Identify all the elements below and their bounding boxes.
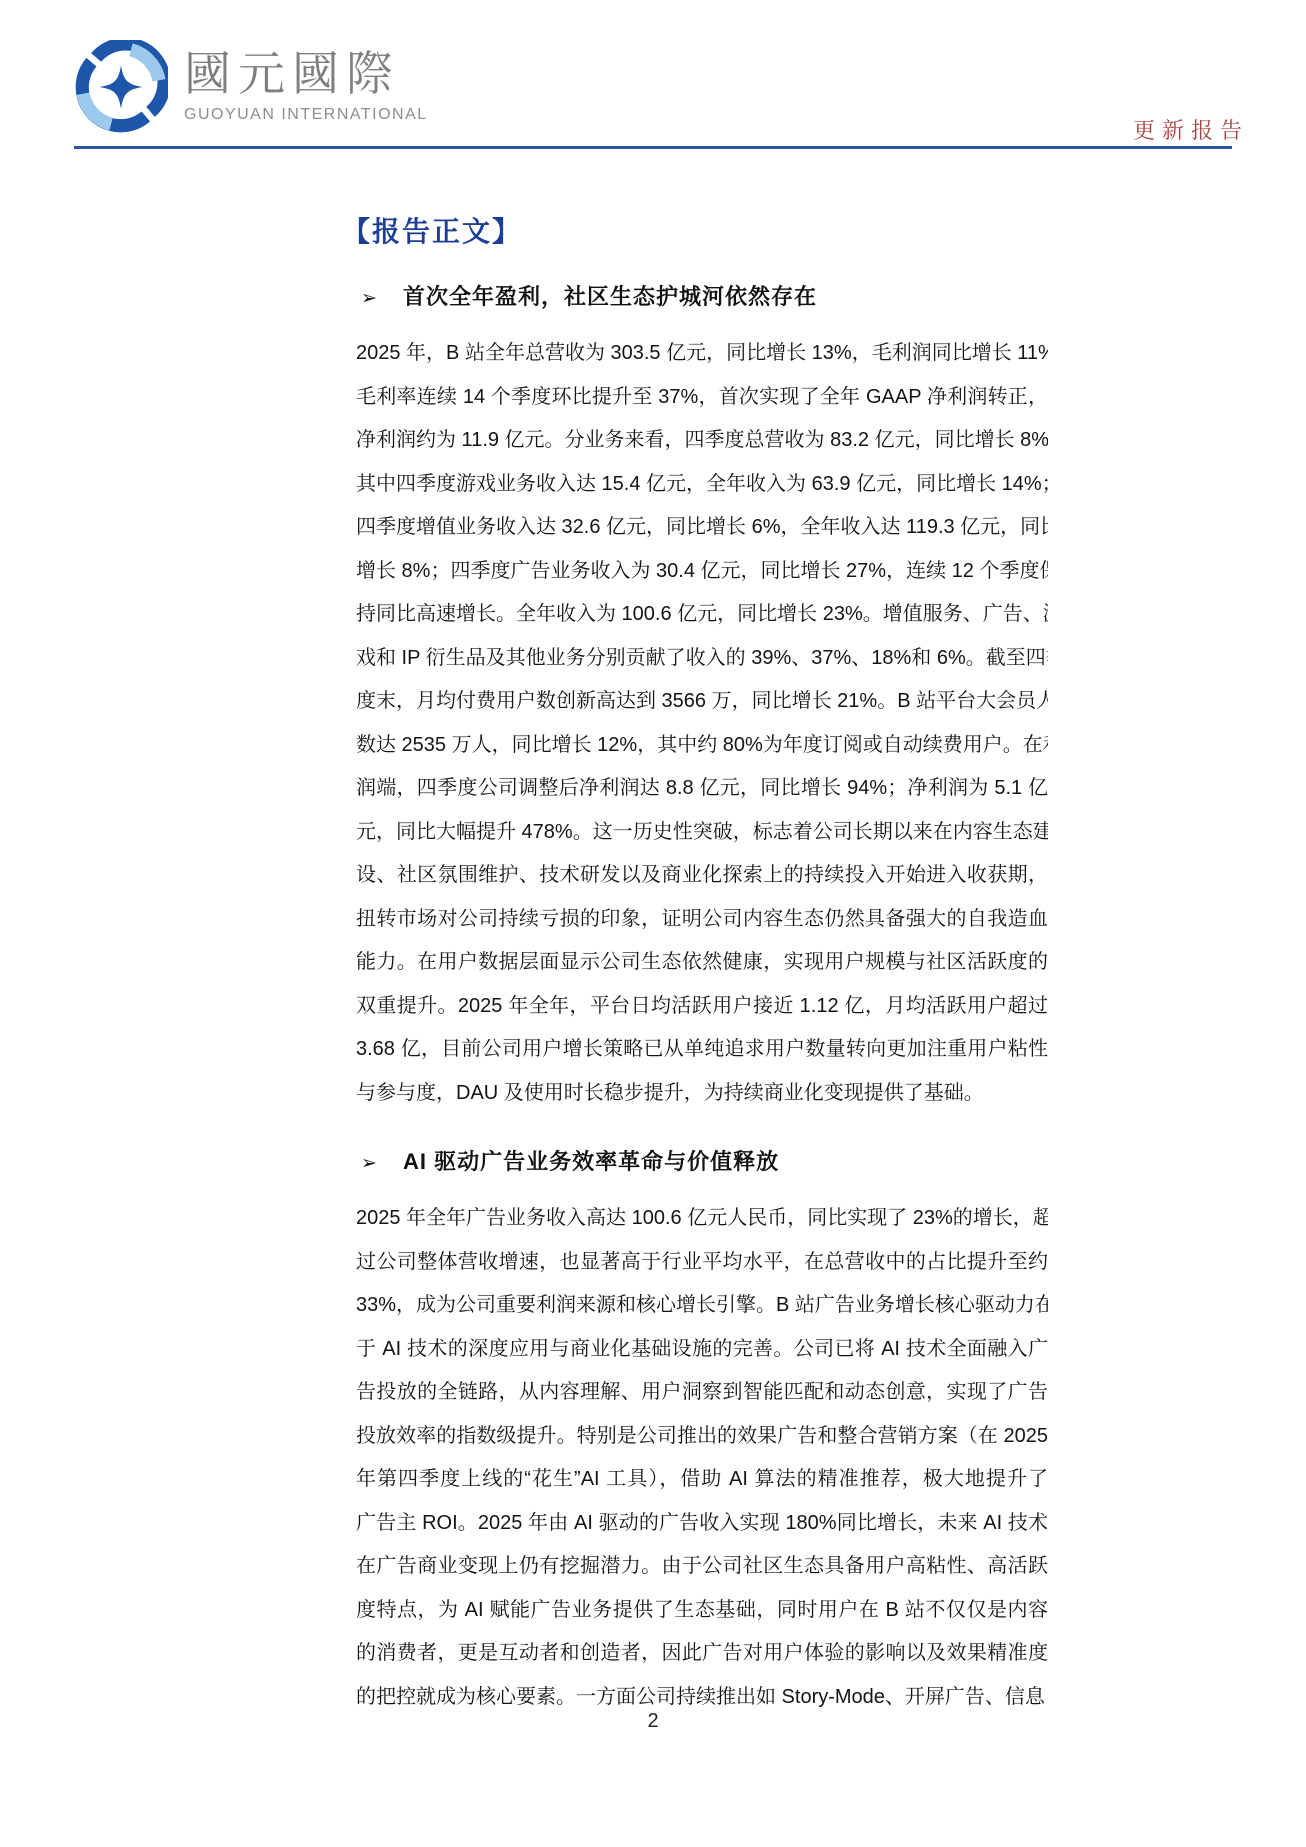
text-line: 润端，四季度公司调整后净利润达 8.8 亿元，同比增长 94%；净利润为 5.1… bbox=[356, 767, 1048, 811]
text-line: 2025 年全年广告业务收入高达 100.6 亿元人民币，同比实现了 23%的增… bbox=[356, 1197, 1048, 1241]
guoyuan-logo-icon bbox=[74, 40, 168, 134]
arrow-bullet-icon: ➢ bbox=[356, 1152, 403, 1175]
text-line: 能力。在用户数据层面显示公司生态依然健康，实现用户规模与社区活跃度的 bbox=[356, 941, 1048, 985]
text-line: 投放效率的指数级提升。特别是公司推出的效果广告和整合营销方案（在 2025 bbox=[356, 1415, 1048, 1459]
body-paragraph: 2025 年，B 站全年总营收为 303.5 亿元，同比增长 13%，毛利润同比… bbox=[356, 332, 1048, 1115]
header-logo: 國元國際 GUOYUAN INTERNATIONAL bbox=[74, 40, 428, 134]
text-line: 增长 8%；四季度广告业务收入为 30.4 亿元，同比增长 27%，连续 12 … bbox=[356, 550, 1048, 594]
section-heading-row: ➢ AI 驱动广告业务效率革命与价值释放 bbox=[356, 1145, 1048, 1176]
text-line: 33%，成为公司重要利润来源和核心增长引擎。B 站广告业务增长核心驱动力在 bbox=[356, 1284, 1048, 1328]
text-line: 度特点，为 AI 赋能广告业务提供了生态基础，同时用户在 B 站不仅仅是内容 bbox=[356, 1589, 1048, 1633]
section-heading: AI 驱动广告业务效率革命与价值释放 bbox=[403, 1145, 779, 1176]
text-line: 告投放的全链路，从内容理解、用户洞察到智能匹配和动态创意，实现了广告 bbox=[356, 1371, 1048, 1415]
text-line: 元，同比大幅提升 478%。这一历史性突破，标志着公司长期以来在内容生态建 bbox=[356, 811, 1048, 855]
text-line: 扭转市场对公司持续亏损的印象，证明公司内容生态仍然具备强大的自我造血 bbox=[356, 898, 1048, 942]
header-divider bbox=[74, 146, 1232, 149]
section-heading: 首次全年盈利，社区生态护城河依然存在 bbox=[403, 280, 817, 311]
brand-name-en: GUOYUAN INTERNATIONAL bbox=[184, 106, 428, 124]
text-line: 的消费者，更是互动者和创造者，因此广告对用户体验的影响以及效果精准度 bbox=[356, 1632, 1048, 1676]
arrow-bullet-icon: ➢ bbox=[356, 287, 403, 310]
text-line: 于 AI 技术的深度应用与商业化基础设施的完善。公司已将 AI 技术全面融入广 bbox=[356, 1328, 1048, 1372]
text-line: 度末，月均付费用户数创新高达到 3566 万，同比增长 21%。B 站平台大会员… bbox=[356, 680, 1048, 724]
text-line: 与参与度，DAU 及使用时长稳步提升，为持续商业化变现提供了基础。 bbox=[356, 1072, 1048, 1116]
report-page: 國元國際 GUOYUAN INTERNATIONAL 更新报告 【报告正文】 ➢… bbox=[0, 0, 1306, 1847]
report-body: 【报告正文】 ➢ 首次全年盈利，社区生态护城河依然存在 2025 年，B 站全年… bbox=[356, 214, 1048, 1719]
text-line: 设、社区氛围维护、技术研发以及商业化探索上的持续投入开始进入收获期， bbox=[356, 854, 1048, 898]
text-line: 过公司整体营收增速，也显著高于行业平均水平，在总营收中的占比提升至约 bbox=[356, 1241, 1048, 1285]
text-line: 2025 年，B 站全年总营收为 303.5 亿元，同比增长 13%，毛利润同比… bbox=[356, 332, 1048, 376]
brand-name-cn: 國元國際 bbox=[184, 52, 428, 99]
text-line: 其中四季度游戏业务收入达 15.4 亿元，全年收入为 63.9 亿元，同比增长 … bbox=[356, 463, 1048, 507]
text-line: 广告主 ROI。2025 年由 AI 驱动的广告收入实现 180%同比增长，未来… bbox=[356, 1502, 1048, 1546]
text-line: 四季度增值业务收入达 32.6 亿元，同比增长 6%，全年收入达 119.3 亿… bbox=[356, 506, 1048, 550]
section-heading-row: ➢ 首次全年盈利，社区生态护城河依然存在 bbox=[356, 280, 1048, 311]
brand-text: 國元國際 GUOYUAN INTERNATIONAL bbox=[184, 40, 428, 124]
section-title: 【报告正文】 bbox=[342, 214, 1048, 250]
text-line: 毛利率连续 14 个季度环比提升至 37%，首次实现了全年 GAAP 净利润转正… bbox=[356, 376, 1048, 420]
text-line: 净利润约为 11.9 亿元。分业务来看，四季度总营收为 83.2 亿元，同比增长… bbox=[356, 419, 1048, 463]
text-line: 戏和 IP 衍生品及其他业务分别贡献了收入的 39%、37%、18%和 6%。截… bbox=[356, 637, 1048, 681]
text-line: 3.68 亿，目前公司用户增长策略已从单纯追求用户数量转向更加注重用户粘性 bbox=[356, 1028, 1048, 1072]
page-number: 2 bbox=[0, 1710, 1306, 1733]
text-line: 持同比高速增长。全年收入为 100.6 亿元，同比增长 23%。增值服务、广告、… bbox=[356, 593, 1048, 637]
report-type-label: 更新报告 bbox=[1133, 114, 1249, 145]
text-line: 年第四季度上线的“花生”AI 工具），借助 AI 算法的精准推荐，极大地提升了 bbox=[356, 1458, 1048, 1502]
text-line: 数达 2535 万人，同比增长 12%，其中约 80%为年度订阅或自动续费用户。… bbox=[356, 724, 1048, 768]
text-line: 在广告商业变现上仍有挖掘潜力。由于公司社区生态具备用户高粘性、高活跃 bbox=[356, 1545, 1048, 1589]
text-line: 双重提升。2025 年全年，平台日均活跃用户接近 1.12 亿，月均活跃用户超过 bbox=[356, 985, 1048, 1029]
body-paragraph: 2025 年全年广告业务收入高达 100.6 亿元人民币，同比实现了 23%的增… bbox=[356, 1197, 1048, 1719]
